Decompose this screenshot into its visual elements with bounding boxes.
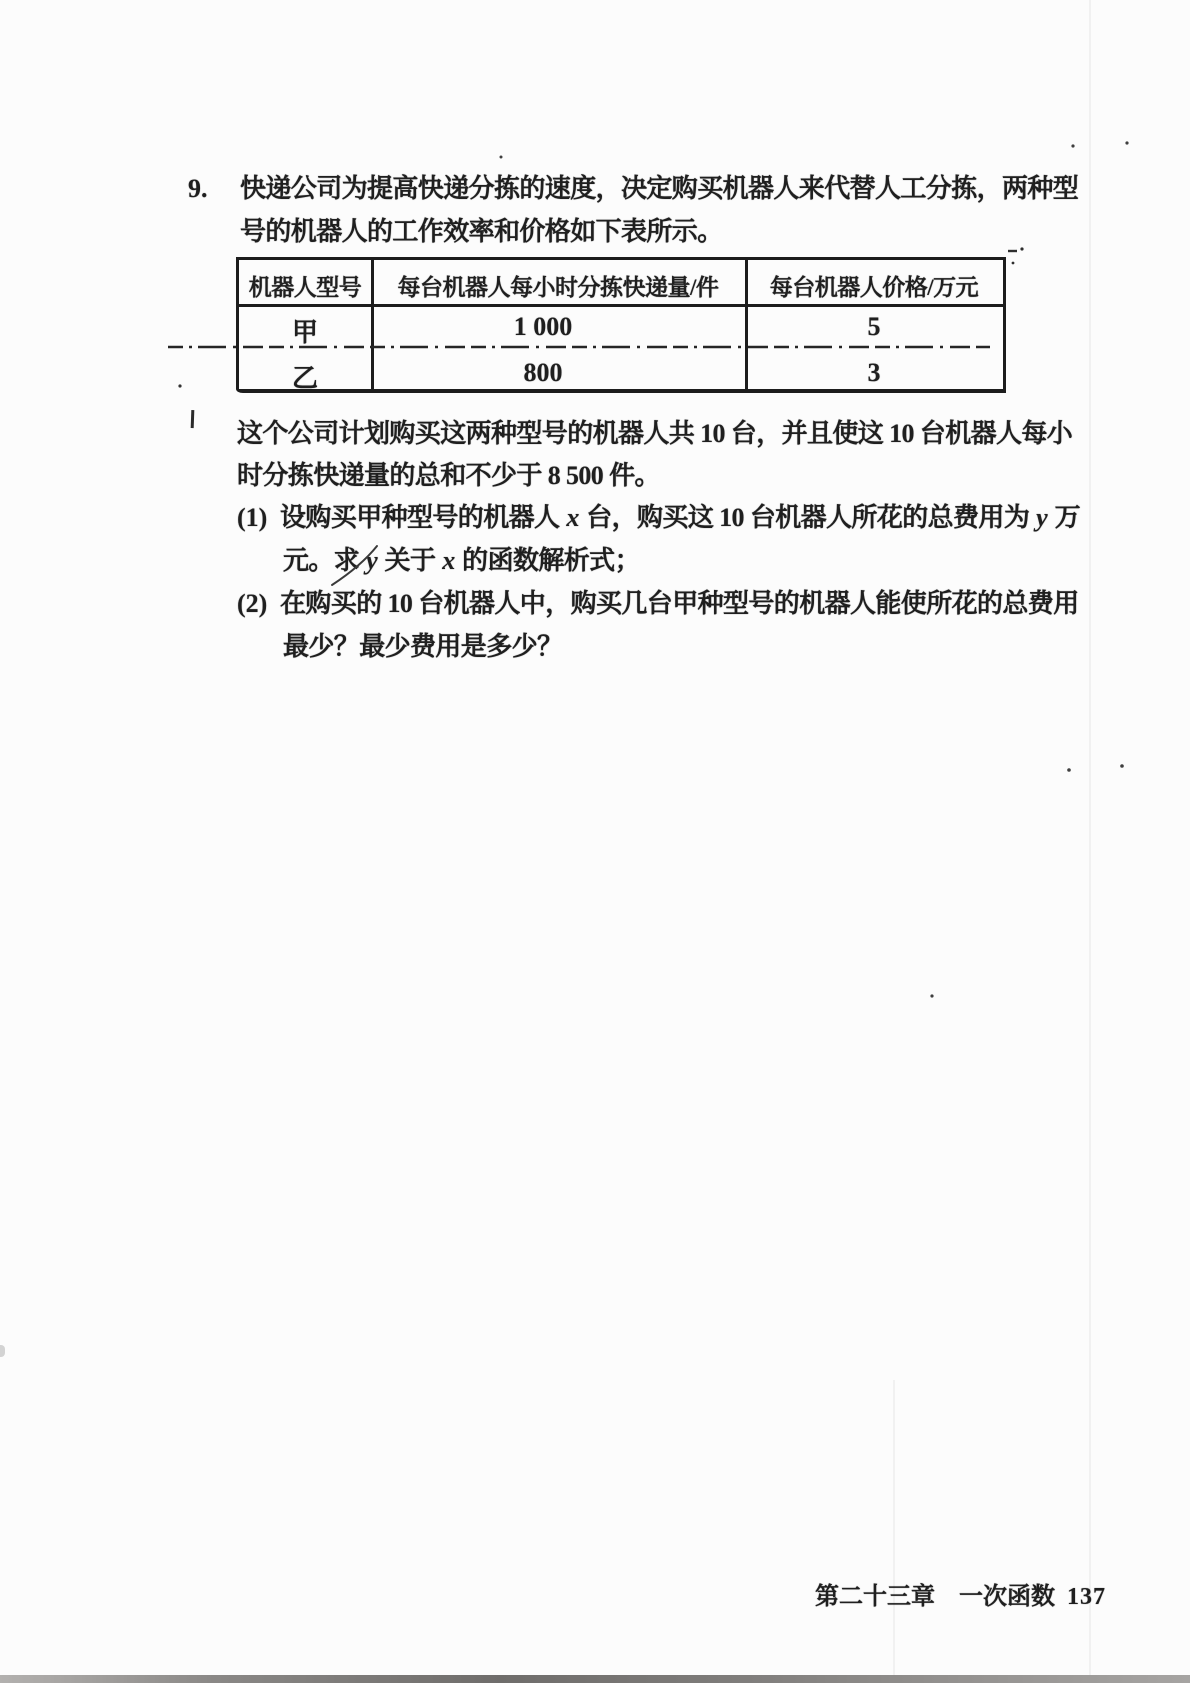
scan-speck	[1071, 144, 1074, 147]
scan-speck	[1020, 247, 1023, 250]
scan-speck	[1012, 262, 1015, 265]
scan-edge-smudge	[0, 1345, 5, 1357]
scan-speck	[500, 156, 503, 159]
scan-speck	[1067, 768, 1071, 772]
part1-line2-c: 的函数解析式；	[456, 546, 640, 575]
part1-line1: (1)设购买甲种型号的机器人 x 台，购买这 10 台机器人所花的总费用为 y …	[237, 497, 1080, 534]
scanned-textbook-page: 9.快递公司为提高快递分拣的速度，决定购买机器人来代替人工分拣，两种型 号的机器…	[0, 0, 1190, 1683]
table-header-divider	[239, 304, 1003, 307]
table-cell-model-a: 甲	[239, 312, 371, 349]
footer-section-label: 一次函数	[959, 1584, 1055, 1610]
problem-body-line1: 这个公司计划购买这两种型号的机器人共 10 台，并且使这 10 台机器人每小	[237, 413, 1072, 450]
problem-intro-line1-text: 快递公司为提高快递分拣的速度，决定购买机器人来代替人工分拣，两种型	[240, 174, 1078, 203]
table-cell-price-a: 5	[745, 312, 1003, 342]
variable-x: x	[565, 503, 580, 532]
problem-body-line2: 时分拣快递量的总和不少于 8 500 件。	[237, 455, 660, 492]
part1-line2-a: 元。求	[283, 546, 365, 575]
page-footer: 第二十三章一次函数137	[815, 1576, 1106, 1611]
table-header-price: 每台机器人价格/万元	[745, 269, 1003, 302]
variable-x: x	[441, 546, 456, 575]
variable-y: y	[1035, 503, 1049, 532]
part2-line2: 最少？最少费用是多少？	[283, 626, 562, 663]
scan-speck	[930, 994, 933, 997]
robot-specs-table: 机器人型号 每台机器人每小时分拣快递量/件 每台机器人价格/万元 甲 1 000…	[236, 257, 1006, 393]
part1-line2: 元。求 y 关于 x 的函数解析式；	[283, 540, 640, 577]
problem-intro-line1: 9.快递公司为提高快递分拣的速度，决定购买机器人来代替人工分拣，两种型	[188, 168, 1078, 205]
scan-seam-line	[1089, 0, 1091, 1676]
part2-line1: (2)在购买的 10 台机器人中，购买几台甲种型号的机器人能使所花的总费用	[237, 583, 1079, 620]
part1-line1-b: 台，购买这 10 台机器人所花的总费用为	[580, 503, 1035, 532]
table-header-capacity: 每台机器人每小时分拣快递量/件	[371, 269, 745, 302]
part1-line1-a: 设购买甲种型号的机器人	[280, 503, 565, 532]
table-cell-capacity-b: 800	[356, 358, 730, 388]
part2-line1-text: 在购买的 10 台机器人中，购买几台甲种型号的机器人能使所花的总费用	[280, 589, 1079, 618]
problem-number: 9.	[188, 174, 240, 204]
table-header-model: 机器人型号	[239, 269, 371, 302]
scan-speck	[178, 384, 181, 387]
part1-line1-c: 万	[1049, 503, 1080, 532]
scan-speck	[1120, 764, 1124, 768]
footer-chapter-label: 第二十三章	[815, 1584, 935, 1610]
table-cell-model-b: 乙	[239, 358, 371, 395]
footer-page-number: 137	[1067, 1584, 1106, 1610]
part2-label: (2)	[237, 589, 280, 619]
page-bottom-edge	[0, 1675, 1190, 1683]
scan-artifact-overlay	[0, 0, 1190, 1683]
part1-label: (1)	[237, 503, 280, 533]
part1-line2-b: 关于	[379, 546, 442, 575]
scan-seam-line	[893, 1380, 895, 1676]
problem-intro-line2: 号的机器人的工作效率和价格如下表所示。	[240, 211, 723, 248]
scan-tick-mark	[191, 410, 195, 428]
variable-y: y	[365, 546, 379, 575]
table-cell-price-b: 3	[745, 358, 1003, 388]
table-cell-capacity-a: 1 000	[356, 312, 730, 342]
scan-speck	[1125, 141, 1128, 144]
